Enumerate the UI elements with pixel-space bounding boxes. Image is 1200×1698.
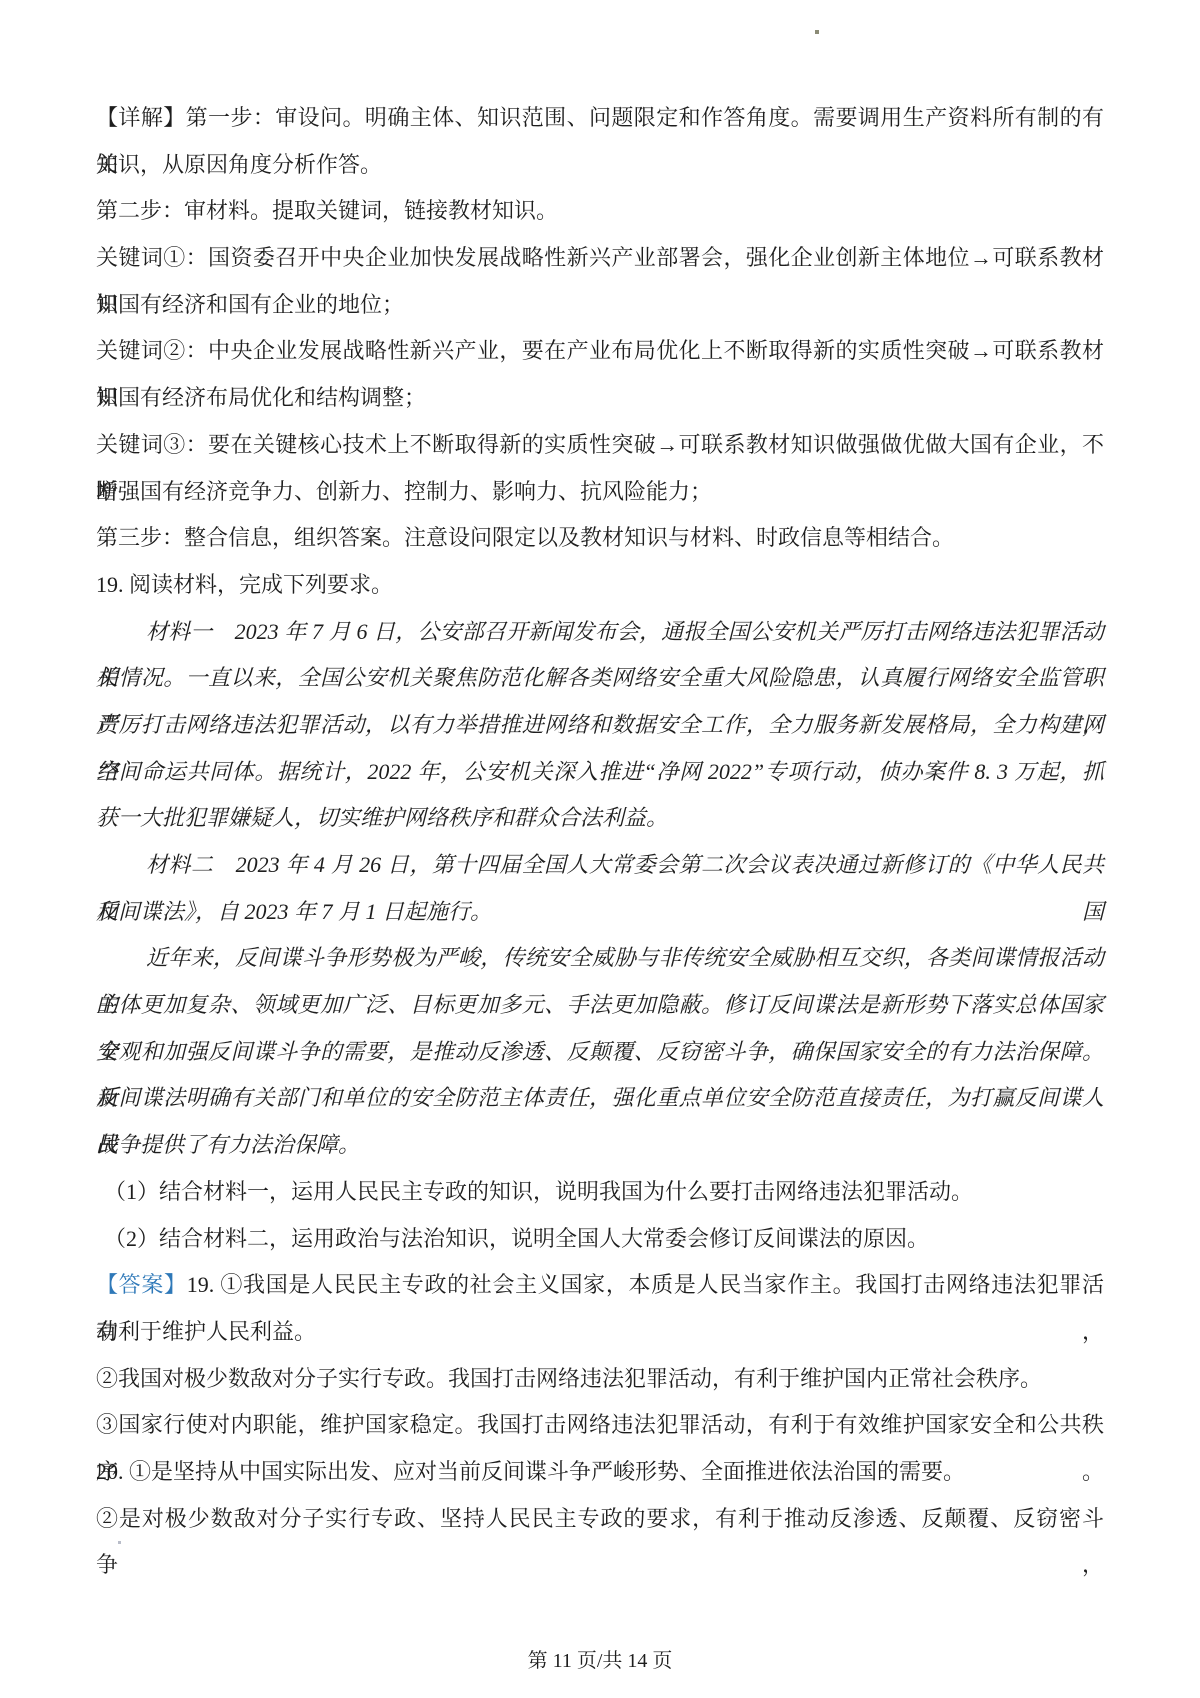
sub-question-1: （1）结合材料一，运用人民民主专政的知识，说明我国为什么要打击网络违法犯罪活动。 [96,1169,1104,1216]
material-1-line: 严厉打击网络违法犯罪活动，以有力举措推进网络和数据安全工作，全力服务新发展格局，… [96,702,1104,749]
material-2-line: 全观和加强反间谍斗争的需要，是推动反渗透、反颠覆、反窃密斗争，确保国家安全的有力… [96,1029,1104,1076]
answer-line: 【答案】19. ①我国是人民民主专政的社会主义国家，本质是人民当家作主。我国打击… [96,1262,1104,1309]
scan-artifact-dot-top [815,30,819,34]
answer-label: 【答案】 [96,1272,187,1297]
answer-line: ②是对极少数敌对分子实行专政、坚持人民民主专政的要求，有利于推动反渗透、反颠覆、… [96,1496,1104,1543]
document-page: 【详解】第一步：审设问。明确主体、知识范围、问题限定和作答角度。需要调用生产资料… [0,0,1200,1698]
material-2-line: 主体更加复杂、领域更加广泛、目标更加多元、手法更加隐蔽。修订反间谍法是新形势下落… [96,982,1104,1029]
text-line: 关键词③：要在关键核心技术上不断取得新的实质性突破→可联系教材知识做强做优做大国… [96,422,1104,469]
text-line: 第三步：整合信息，组织答案。注意设问限定以及教材知识与材料、时政信息等相结合。 [96,515,1104,562]
text-line: 关键词②：中央企业发展战略性新兴产业，要在产业布局优化上不断取得新的实质性突破→… [96,328,1104,375]
material-1-line: 获一大批犯罪嫌疑人，切实维护网络秩序和群众合法利益。 [96,795,1104,842]
text-line: 识国有经济和国有企业的地位； [96,282,1104,329]
material-2-line: 近年来，反间谍斗争形势极为严峻，传统安全威胁与非传统安全威胁相互交织，各类间谍情… [96,935,1104,982]
page-number: 第 11 页/共 14 页 [0,1644,1200,1673]
material-1-line: 材料一 2023 年 7 月 6 日，公安部召开新闻发布会，通报全国公安机关严厉… [96,609,1104,656]
answer-line: 20. ①是坚持从中国实际出发、应对当前反间谍斗争严峻形势、全面推进依法治国的需… [96,1449,1104,1496]
text-line: 关键词①：国资委召开中央企业加快发展战略性新兴产业部署会，强化企业创新主体地位→… [96,235,1104,282]
document-body: 【详解】第一步：审设问。明确主体、知识范围、问题限定和作答角度。需要调用生产资料… [96,95,1104,1542]
answer-line: ③国家行使对内职能，维护国家稳定。我国打击网络违法犯罪活动，有利于有效维护国家安… [96,1402,1104,1449]
answer-line: ②我国对极少数敌对分子实行专政。我国打击网络违法犯罪活动，有利于维护国内正常社会… [96,1356,1104,1403]
material-2-line: 材料二 2023 年 4 月 26 日，第十四届全国人大常委会第二次会议表决通过… [96,842,1104,889]
material-1-line: 空间命运共同体。据统计，2022 年，公安机关深入推进“净网 2022”专项行动… [96,749,1104,796]
text-line: 【详解】第一步：审设问。明确主体、知识范围、问题限定和作答角度。需要调用生产资料… [96,95,1104,142]
text-line: 增强国有经济竞争力、创新力、控制力、影响力、抗风险能力； [96,469,1104,516]
question-19-heading: 19. 阅读材料，完成下列要求。 [96,562,1104,609]
material-1-line: 关情况。一直以来，全国公安机关聚焦防范化解各类网络安全重大风险隐患，认真履行网络… [96,655,1104,702]
sub-question-2: （2）结合材料二，运用政治与法治知识，说明全国人大常委会修订反间谍法的原因。 [96,1216,1104,1263]
material-2-line: 反间谍法明确有关部门和单位的安全防范主体责任，强化重点单位安全防范直接责任，为打… [96,1075,1104,1122]
material-2-line: 战争提供了有力法治保障。 [96,1122,1104,1169]
text-line: 知识，从原因角度分析作答。 [96,142,1104,189]
text-line: 识国有经济布局优化和结构调整； [96,375,1104,422]
text-line: 第二步：审材料。提取关键词，链接教材知识。 [96,188,1104,235]
